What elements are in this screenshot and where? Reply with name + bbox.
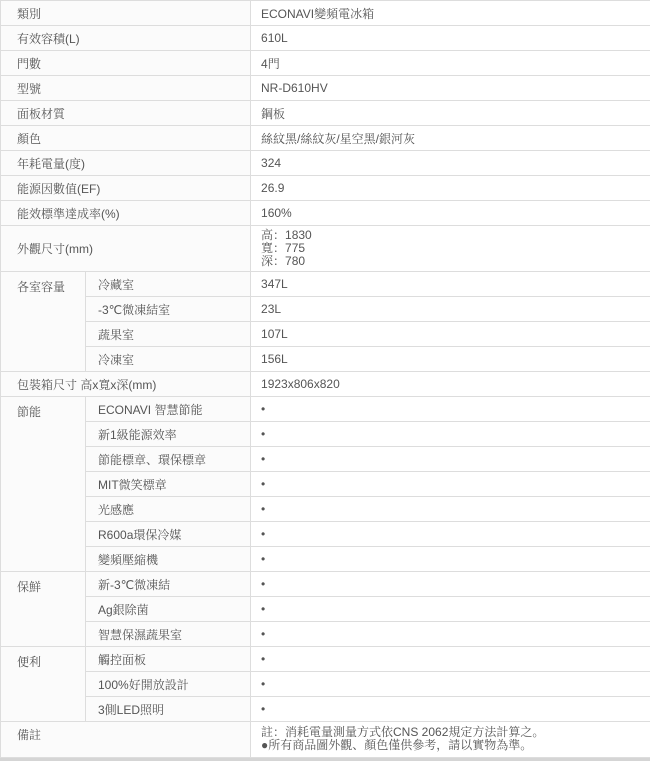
table-row: 冷凍室 156L (1, 347, 650, 372)
row-value: 26.9 (251, 176, 650, 201)
table-row: 能效標準達成率(%) 160% (1, 201, 650, 226)
table-row: 節能標章、環保標章 • (1, 447, 650, 472)
row-value: 324 (251, 151, 650, 176)
table-row: 面板材質 鋼板 (1, 101, 650, 126)
table-row: 智慧保濕蔬果室 • (1, 622, 650, 647)
sub-label: 觸控面板 (86, 647, 251, 672)
row-value: • (251, 622, 650, 647)
sub-label: ECONAVI 智慧節能 (86, 397, 251, 422)
spec-table: 類別 ECONAVI變頻電冰箱 有效容積(L) 610L 門數 4門 型號 NR… (0, 0, 650, 758)
table-row: 100%好開放設計 • (1, 672, 650, 697)
dimension-width: 寬：775 (261, 242, 642, 255)
row-value: 347L (251, 272, 650, 297)
row-value: • (251, 572, 650, 597)
dimension-height: 高：1830 (261, 229, 642, 242)
table-row: MIT微笑標章 • (1, 472, 650, 497)
sub-label: 光感應 (86, 497, 251, 522)
row-value: ECONAVI變頻電冰箱 (251, 1, 650, 26)
row-value: 107L (251, 322, 650, 347)
table-row: 蔬果室 107L (1, 322, 650, 347)
table-row: 年耗電量(度) 324 (1, 151, 650, 176)
row-value: 註：消耗電量測量方式依CNS 2062規定方法計算之。 ●所有商品圖外觀、顏色僅… (251, 722, 650, 758)
row-label: 外觀尺寸(mm) (1, 226, 251, 272)
sub-label: 冷藏室 (86, 272, 251, 297)
row-label: 型號 (1, 76, 251, 101)
row-value: 高：1830 寬：775 深：780 (251, 226, 650, 272)
table-row: 能源因數值(EF) 26.9 (1, 176, 650, 201)
table-row: 3側LED照明 • (1, 697, 650, 722)
row-value: NR-D610HV (251, 76, 650, 101)
row-value: • (251, 447, 650, 472)
row-value: 1923x806x820 (251, 372, 650, 397)
remark-line-2: ●所有商品圖外觀、顏色僅供參考，請以實物為準。 (261, 739, 642, 752)
row-value: 絲紋黑/絲紋灰/星空黑/銀河灰 (251, 126, 650, 151)
row-value: • (251, 422, 650, 447)
row-value: • (251, 522, 650, 547)
table-row: 新1級能源效率 • (1, 422, 650, 447)
sub-label: Ag銀除菌 (86, 597, 251, 622)
row-label: 包裝箱尺寸 高x寬x深(mm) (1, 372, 251, 397)
sub-label: 節能標章、環保標章 (86, 447, 251, 472)
row-value: • (251, 697, 650, 722)
row-label: 顏色 (1, 126, 251, 151)
row-value: 156L (251, 347, 650, 372)
row-value: • (251, 497, 650, 522)
row-label: 能源因數值(EF) (1, 176, 251, 201)
row-label: 有效容積(L) (1, 26, 251, 51)
row-value: 610L (251, 26, 650, 51)
group-label-convenience: 便利 (1, 647, 86, 722)
sub-label: 變頻壓縮機 (86, 547, 251, 572)
table-row: 保鮮 新-3℃微凍結 • (1, 572, 650, 597)
row-label: 類別 (1, 1, 251, 26)
sub-label: MIT微笑標章 (86, 472, 251, 497)
sub-label: 蔬果室 (86, 322, 251, 347)
sub-label: 新-3℃微凍結 (86, 572, 251, 597)
dimension-depth: 深：780 (261, 255, 642, 268)
table-row: 各室容量 冷藏室 347L (1, 272, 650, 297)
table-row: 門數 4門 (1, 51, 650, 76)
sub-label: 冷凍室 (86, 347, 251, 372)
table-row: 便利 觸控面板 • (1, 647, 650, 672)
sub-label: 新1級能源效率 (86, 422, 251, 447)
row-label: 年耗電量(度) (1, 151, 251, 176)
table-row: 包裝箱尺寸 高x寬x深(mm) 1923x806x820 (1, 372, 650, 397)
sub-label: -3℃微凍結室 (86, 297, 251, 322)
row-value: • (251, 472, 650, 497)
table-row: 外觀尺寸(mm) 高：1830 寬：775 深：780 (1, 226, 650, 272)
row-label: 備註 (1, 722, 251, 758)
row-label: 面板材質 (1, 101, 251, 126)
table-row: 顏色 絲紋黑/絲紋灰/星空黑/銀河灰 (1, 126, 650, 151)
row-value: • (251, 672, 650, 697)
group-label-energy: 節能 (1, 397, 86, 572)
row-value: 鋼板 (251, 101, 650, 126)
sub-label: 3側LED照明 (86, 697, 251, 722)
row-value: • (251, 547, 650, 572)
row-value: • (251, 597, 650, 622)
table-row: 節能 ECONAVI 智慧節能 • (1, 397, 650, 422)
row-value: 23L (251, 297, 650, 322)
sub-label: R600a環保冷媒 (86, 522, 251, 547)
table-row: 備註 註：消耗電量測量方式依CNS 2062規定方法計算之。 ●所有商品圖外觀、… (1, 722, 650, 758)
row-label: 門數 (1, 51, 251, 76)
table-row: R600a環保冷媒 • (1, 522, 650, 547)
table-row: 類別 ECONAVI變頻電冰箱 (1, 1, 650, 26)
sub-label: 智慧保濕蔬果室 (86, 622, 251, 647)
group-label-fresh: 保鮮 (1, 572, 86, 647)
row-label: 能效標準達成率(%) (1, 201, 251, 226)
table-row: 有效容積(L) 610L (1, 26, 650, 51)
table-row: Ag銀除菌 • (1, 597, 650, 622)
group-label-capacity: 各室容量 (1, 272, 86, 372)
row-value: • (251, 397, 650, 422)
table-row: 變頻壓縮機 • (1, 547, 650, 572)
sub-label: 100%好開放設計 (86, 672, 251, 697)
table-row: 型號 NR-D610HV (1, 76, 650, 101)
row-value: 160% (251, 201, 650, 226)
table-row: 光感應 • (1, 497, 650, 522)
row-value: 4門 (251, 51, 650, 76)
table-row: -3℃微凍結室 23L (1, 297, 650, 322)
row-value: • (251, 647, 650, 672)
